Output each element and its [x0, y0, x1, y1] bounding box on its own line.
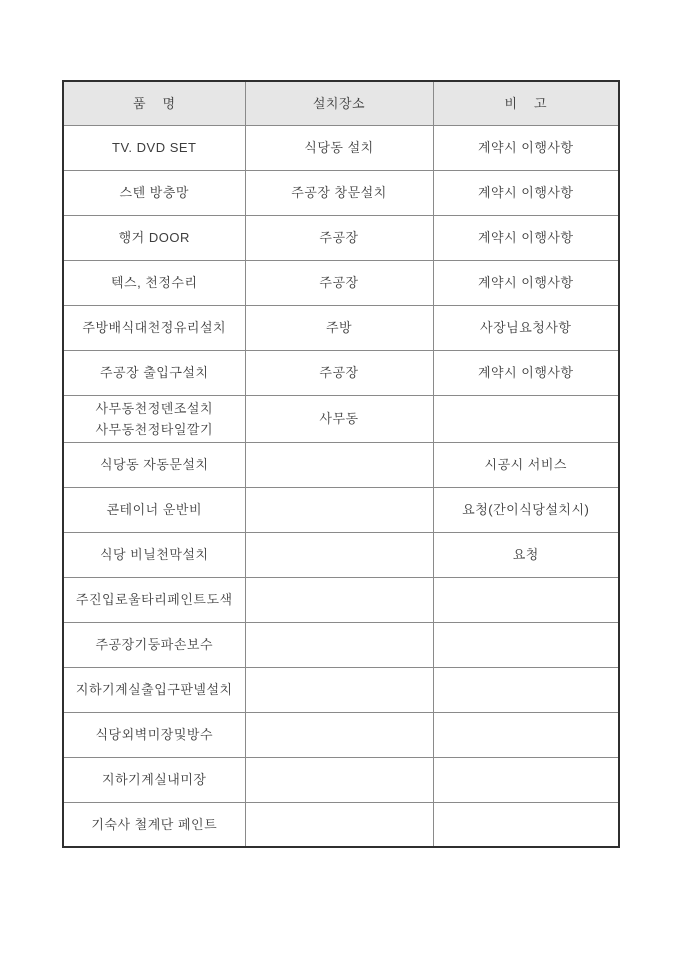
table-row: 지하기계실내미장 — [63, 757, 619, 802]
cell-remarks — [433, 667, 619, 712]
table-row: 주공장 출입구설치 주공장 계약시 이행사항 — [63, 350, 619, 395]
cell-remarks — [433, 622, 619, 667]
cell-install-location: 주공장 창문설치 — [245, 170, 433, 215]
cell-item-name: 식당외벽미장및방수 — [63, 712, 245, 757]
table-row: 주진입로울타리페인트도색 — [63, 577, 619, 622]
cell-install-location — [245, 712, 433, 757]
cell-item-name: 콘테이너 운반비 — [63, 487, 245, 532]
cell-remarks: 사장님요청사항 — [433, 305, 619, 350]
cell-remarks: 계약시 이행사항 — [433, 260, 619, 305]
cell-item-name: 기숙사 철계단 페인트 — [63, 802, 245, 847]
table-header: 품 명 설치장소 비 고 — [63, 81, 619, 125]
cell-item-name: 텍스, 천정수리 — [63, 260, 245, 305]
cell-install-location — [245, 532, 433, 577]
table-row: 식당외벽미장및방수 — [63, 712, 619, 757]
cell-item-name: TV. DVD SET — [63, 125, 245, 170]
cell-remarks — [433, 577, 619, 622]
cell-install-location — [245, 667, 433, 712]
header-install-location: 설치장소 — [245, 81, 433, 125]
cell-item-name: 사무동천정덴조설치 사무동천정타일깔기 — [63, 395, 245, 442]
table-row: 행거 DOOR 주공장 계약시 이행사항 — [63, 215, 619, 260]
cell-install-location: 주공장 — [245, 260, 433, 305]
table-row: 식당동 자동문설치 시공시 서비스 — [63, 442, 619, 487]
cell-remarks: 계약시 이행사항 — [433, 170, 619, 215]
cell-install-location: 주공장 — [245, 350, 433, 395]
cell-item-name: 주진입로울타리페인트도색 — [63, 577, 245, 622]
cell-install-location — [245, 802, 433, 847]
cell-install-location — [245, 577, 433, 622]
table-row: 사무동천정덴조설치 사무동천정타일깔기 사무동 — [63, 395, 619, 442]
cell-item-name: 식당 비닐천막설치 — [63, 532, 245, 577]
cell-install-location — [245, 757, 433, 802]
cell-remarks: 요청(간이식당설치시) — [433, 487, 619, 532]
table-row: 텍스, 천정수리 주공장 계약시 이행사항 — [63, 260, 619, 305]
cell-item-name: 주방배식대천정유리설치 — [63, 305, 245, 350]
cell-item-name: 행거 DOOR — [63, 215, 245, 260]
cell-item-name: 지하기계실내미장 — [63, 757, 245, 802]
table-row: 주공장기둥파손보수 — [63, 622, 619, 667]
cell-remarks — [433, 712, 619, 757]
cell-remarks: 계약시 이행사항 — [433, 350, 619, 395]
cell-install-location: 식당동 설치 — [245, 125, 433, 170]
cell-item-name: 스텐 방충망 — [63, 170, 245, 215]
header-item-name: 품 명 — [63, 81, 245, 125]
cell-install-location — [245, 442, 433, 487]
cell-install-location — [245, 487, 433, 532]
cell-install-location: 주방 — [245, 305, 433, 350]
cell-remarks: 계약시 이행사항 — [433, 215, 619, 260]
cell-item-name: 식당동 자동문설치 — [63, 442, 245, 487]
table-row: 기숙사 철계단 페인트 — [63, 802, 619, 847]
items-table: 품 명 설치장소 비 고 TV. DVD SET 식당동 설치 계약시 이행사항… — [62, 80, 620, 848]
cell-remarks: 계약시 이행사항 — [433, 125, 619, 170]
document-page: 품 명 설치장소 비 고 TV. DVD SET 식당동 설치 계약시 이행사항… — [0, 0, 680, 962]
table-row: TV. DVD SET 식당동 설치 계약시 이행사항 — [63, 125, 619, 170]
cell-remarks — [433, 395, 619, 442]
table-row: 지하기계실출입구판넬설치 — [63, 667, 619, 712]
table-row: 콘테이너 운반비 요청(간이식당설치시) — [63, 487, 619, 532]
table-row: 식당 비닐천막설치 요청 — [63, 532, 619, 577]
cell-install-location: 사무동 — [245, 395, 433, 442]
cell-item-name: 주공장 출입구설치 — [63, 350, 245, 395]
header-row: 품 명 설치장소 비 고 — [63, 81, 619, 125]
cell-remarks — [433, 802, 619, 847]
cell-install-location — [245, 622, 433, 667]
table-row: 스텐 방충망 주공장 창문설치 계약시 이행사항 — [63, 170, 619, 215]
table-body: TV. DVD SET 식당동 설치 계약시 이행사항 스텐 방충망 주공장 창… — [63, 125, 619, 847]
cell-item-name: 주공장기둥파손보수 — [63, 622, 245, 667]
cell-remarks — [433, 757, 619, 802]
cell-item-name: 지하기계실출입구판넬설치 — [63, 667, 245, 712]
table-row: 주방배식대천정유리설치 주방 사장님요청사항 — [63, 305, 619, 350]
cell-remarks: 시공시 서비스 — [433, 442, 619, 487]
header-remarks: 비 고 — [433, 81, 619, 125]
cell-install-location: 주공장 — [245, 215, 433, 260]
cell-remarks: 요청 — [433, 532, 619, 577]
